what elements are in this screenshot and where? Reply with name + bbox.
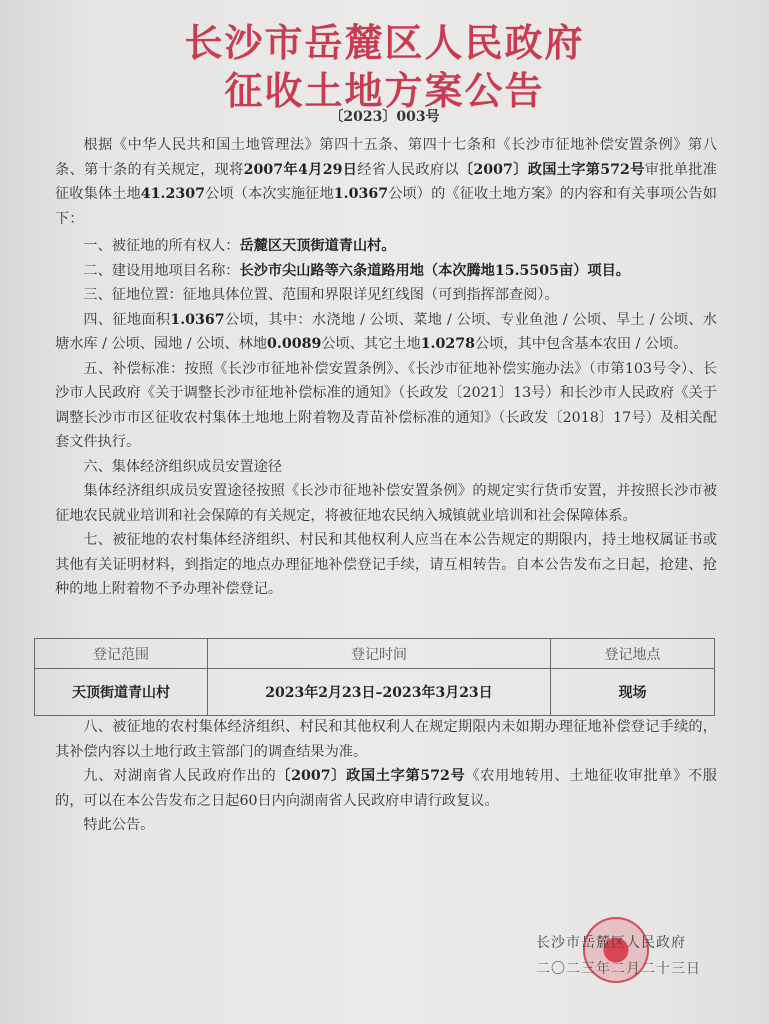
intro-paragraph: 根据《中华人民共和国土地管理法》第四十五条、第四十七条和《长沙市征地补偿安置条例… xyxy=(55,133,717,231)
table-row: 天顶街道青山村 2023年2月23日–2023年3月23日 现场 xyxy=(35,669,715,716)
issuer-title: 长沙市岳麓区人民政府 xyxy=(0,12,769,67)
header-time: 登记时间 xyxy=(208,639,551,669)
cell-time: 2023年2月23日–2023年3月23日 xyxy=(208,669,551,716)
notice-body-continued: 八、被征地的农村集体经济组织、村民和其他权利人在规定期限内未如期办理征地补偿登记… xyxy=(55,715,717,838)
item-2-project: 二、建设用地项目名称：长沙市尖山路等六条道路用地（本次腾地15.5505亩）项目… xyxy=(55,259,717,284)
document-number: 〔2023〕003号 xyxy=(0,106,769,126)
header-place: 登记地点 xyxy=(551,639,715,669)
item-9-appeal: 九、对湖南省人民政府作出的〔2007〕政国土字第572号《农用地转用、土地征收审… xyxy=(55,764,717,813)
signature-issuer: 长沙市岳麓区人民政府 xyxy=(536,932,686,952)
item-7-registration: 七、被征地的农村集体经济组织、村民和其他权利人应当在本公告规定的期限内，持土地权… xyxy=(55,528,717,602)
item-4-area: 四、征地面积1.0367公顷，其中：水浇地 / 公顷、菜地 / 公顷、专业鱼池 … xyxy=(55,308,717,357)
item-8-default: 八、被征地的农村集体经济组织、村民和其他权利人在规定期限内未如期办理征地补偿登记… xyxy=(55,715,717,764)
header-scope: 登记范围 xyxy=(35,639,208,669)
closing-text: 特此公告。 xyxy=(55,813,717,838)
cell-scope: 天顶街道青山村 xyxy=(35,669,208,716)
item-6-body: 集体经济组织成员安置途径按照《长沙市征地补偿安置条例》的规定实行货币安置，并按照… xyxy=(55,479,717,528)
item-1-owner: 一、被征地的所有权人：岳麓区天顶街道青山村。 xyxy=(55,234,717,259)
notice-page: 长沙市岳麓区人民政府 征收土地方案公告 〔2023〕003号 根据《中华人民共和… xyxy=(0,0,769,1024)
cell-place: 现场 xyxy=(551,669,715,716)
notice-body: 根据《中华人民共和国土地管理法》第四十五条、第四十七条和《长沙市征地补偿安置条例… xyxy=(55,133,717,602)
item-6-heading: 六、集体经济组织成员安置途径 xyxy=(55,455,717,480)
table-header-row: 登记范围 登记时间 登记地点 xyxy=(35,639,715,669)
signature-date: 二〇二三年二月二十三日 xyxy=(536,958,701,978)
item-3-location: 三、征地位置：征地具体位置、范围和界限详见红线图（可到指挥部查阅）。 xyxy=(55,283,717,308)
item-5-compensation: 五、补偿标准：按照《长沙市征地补偿安置条例》、《长沙市征地补偿实施办法》（市第1… xyxy=(55,357,717,455)
registration-table: 登记范围 登记时间 登记地点 天顶街道青山村 2023年2月23日–2023年3… xyxy=(34,638,715,716)
